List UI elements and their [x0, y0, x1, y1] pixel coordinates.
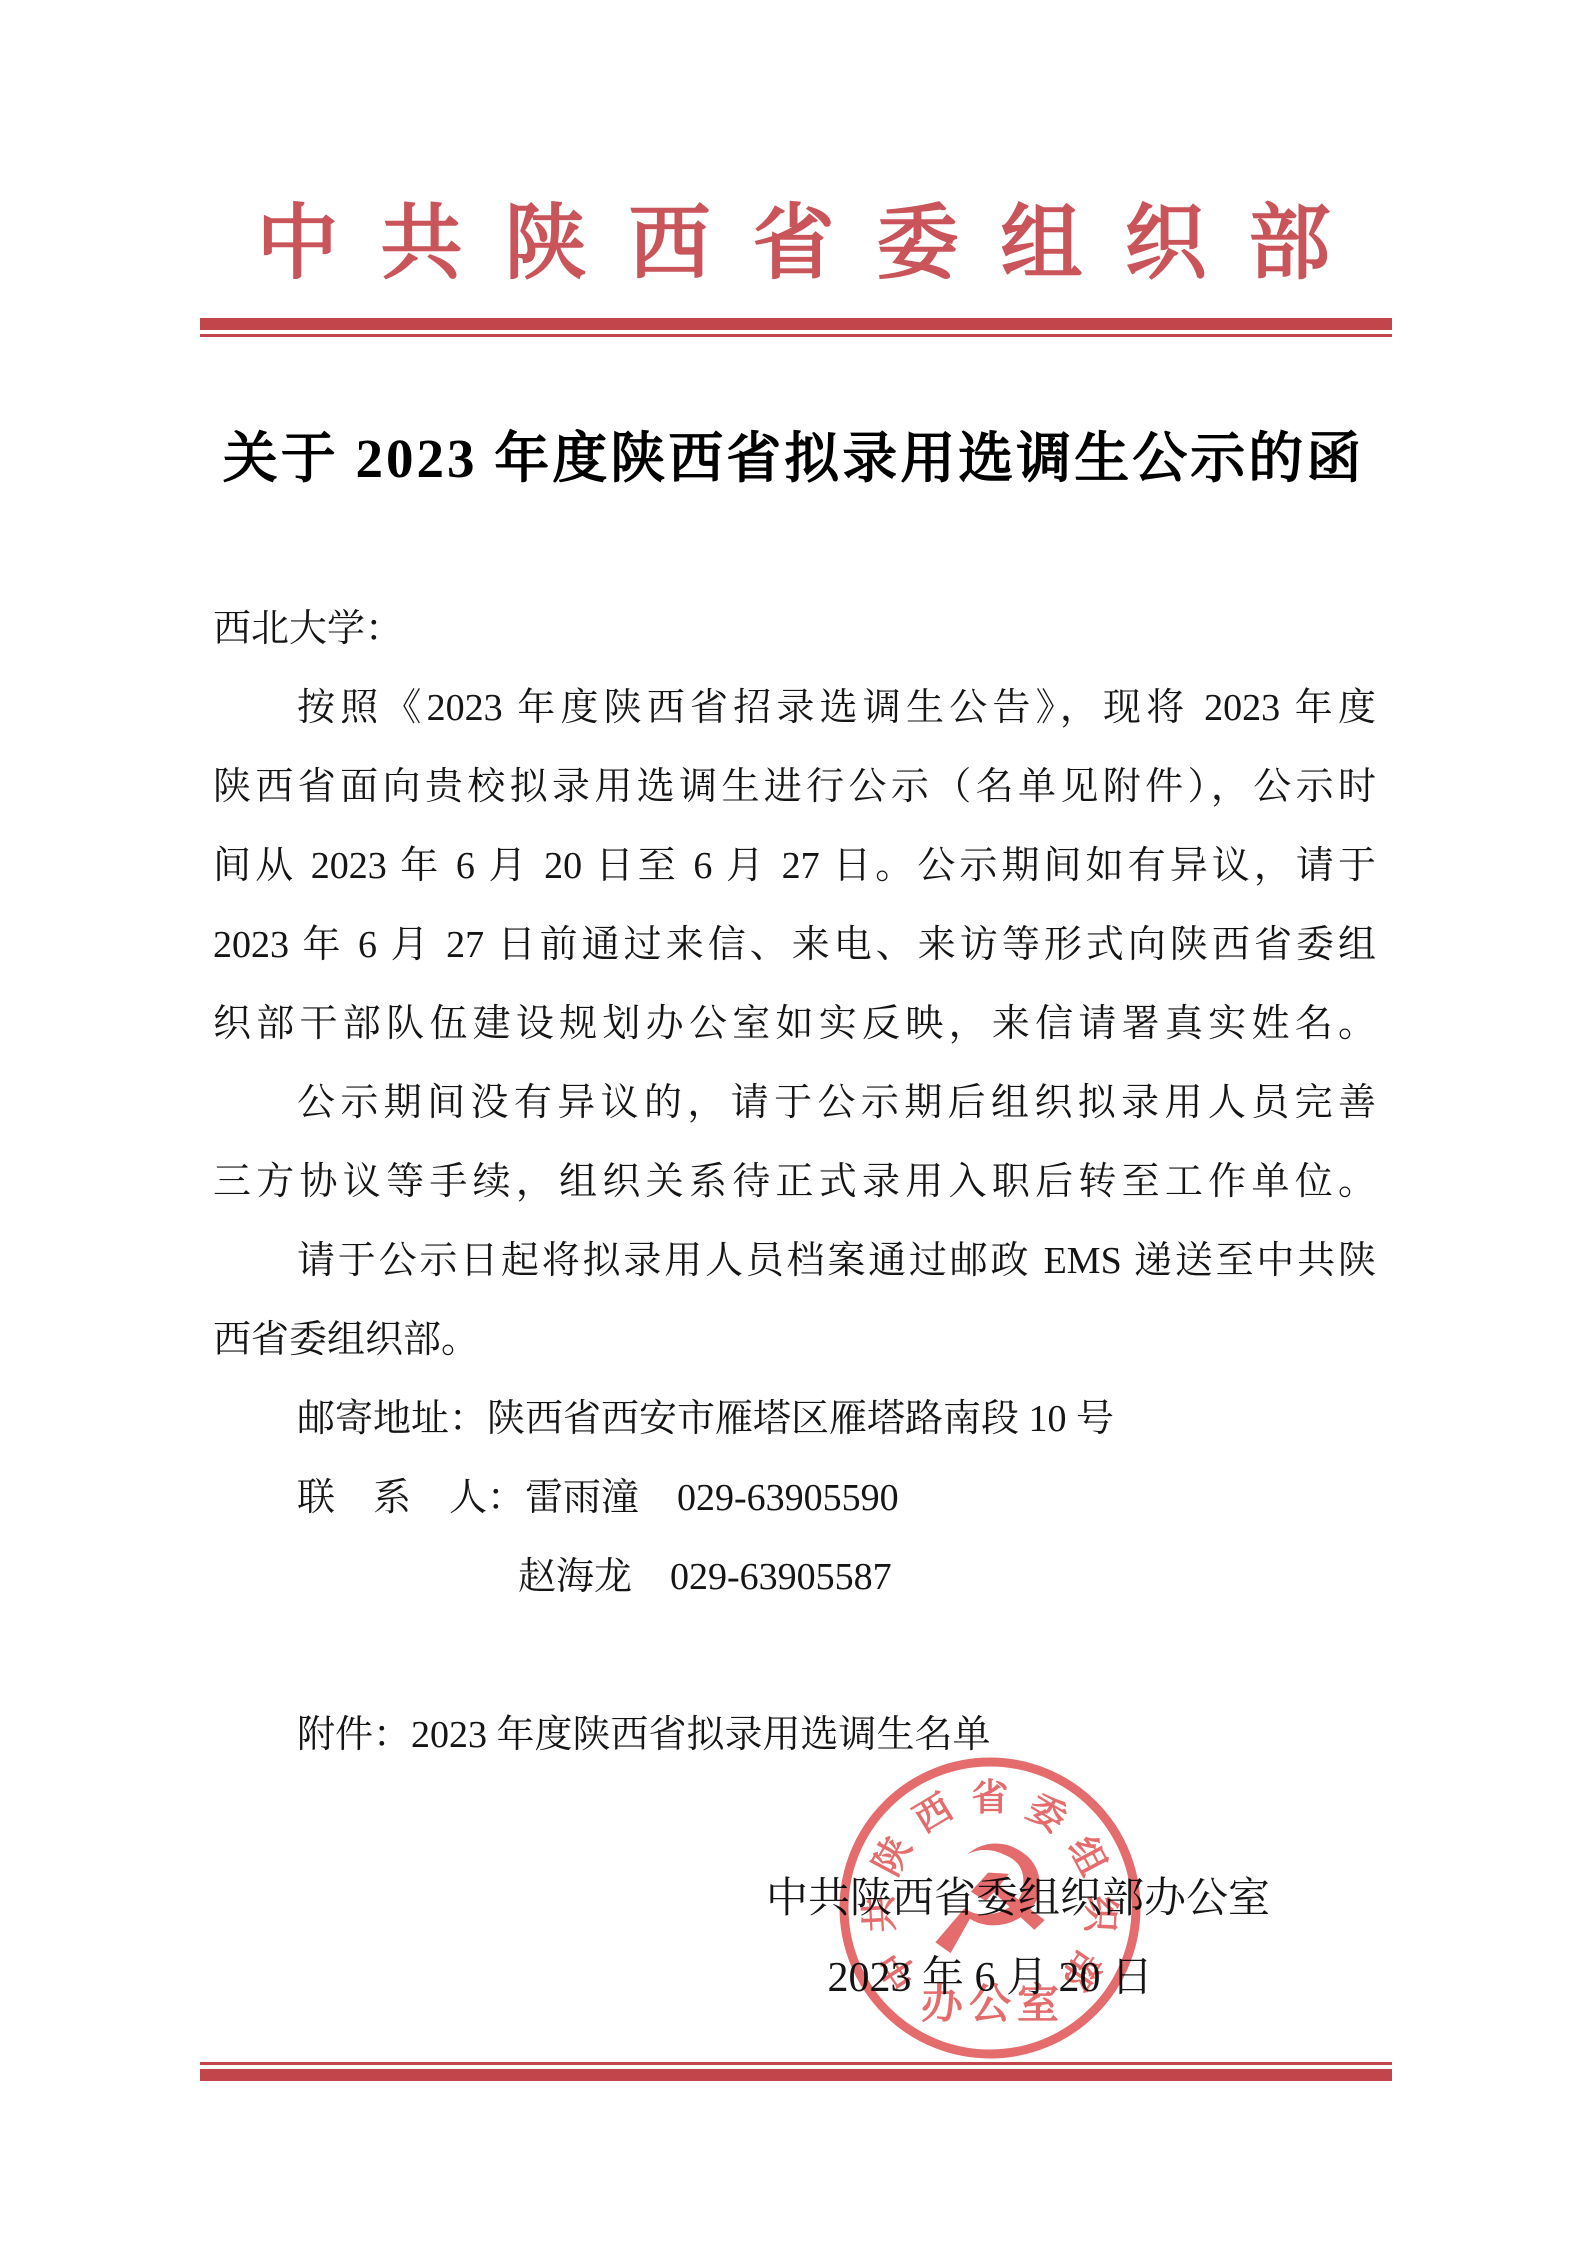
body-line: 联 系 人：雷雨潼 029-63905590 [213, 1459, 1376, 1538]
body-line: 按照《2023 年度陕西省招录选调生公告》，现将 2023 年度 [213, 669, 1376, 748]
document-title: 关于 2023 年度陕西省拟录用选调生公示的函 [0, 426, 1587, 492]
document-page: 中共陕西省委组织部 关于 2023 年度陕西省拟录用选调生公示的函 西北大学：按… [0, 0, 1587, 2243]
body-line: 赵海龙 029-63905587 [213, 1538, 1376, 1617]
body-line: 西北大学： [213, 590, 1376, 669]
body-line: 请于公示日起将拟录用人员档案通过邮政 EMS 递送至中共陕 [213, 1222, 1376, 1301]
signature-date: 2023 年 6 月 20 日 [213, 1939, 1376, 2018]
body-line: 陕西省面向贵校拟录用选调生进行公示（名单见附件），公示时 [213, 748, 1376, 827]
footer-rule-thin [200, 2062, 1392, 2065]
letterhead-rule-thin [200, 334, 1392, 337]
body-line: 三方协议等手续，组织关系待正式录用入职后转至工作单位。 [213, 1143, 1376, 1222]
body-line: 2023 年 6 月 27 日前通过来信、来电、来访等形式向陕西省委组 [213, 906, 1376, 985]
letterhead-rule-thick [200, 318, 1392, 330]
body-line: 间从 2023 年 6 月 20 日至 6 月 27 日。公示期间如有异议，请于 [213, 827, 1376, 906]
letterhead-org-name: 中共陕西省委组织部 [21, 196, 1587, 292]
signature-org: 中共陕西省委组织部办公室 [213, 1860, 1376, 1939]
body-line: 公示期间没有异议的，请于公示期后组织拟录用人员完善 [213, 1064, 1376, 1143]
document-body: 西北大学：按照《2023 年度陕西省招录选调生公告》，现将 2023 年度陕西省… [213, 590, 1376, 2018]
body-lines: 西北大学：按照《2023 年度陕西省招录选调生公告》，现将 2023 年度陕西省… [213, 590, 1376, 1775]
body-line: 邮寄地址：陕西省西安市雁塔区雁塔路南段 10 号 [213, 1380, 1376, 1459]
body-line: 附件：2023 年度陕西省拟录用选调生名单 [213, 1696, 1376, 1775]
body-line: 织部干部队伍建设规划办公室如实反映，来信请署真实姓名。 [213, 985, 1376, 1064]
body-line: 西省委组织部。 [213, 1301, 1376, 1380]
footer-rule-thick [200, 2069, 1392, 2081]
